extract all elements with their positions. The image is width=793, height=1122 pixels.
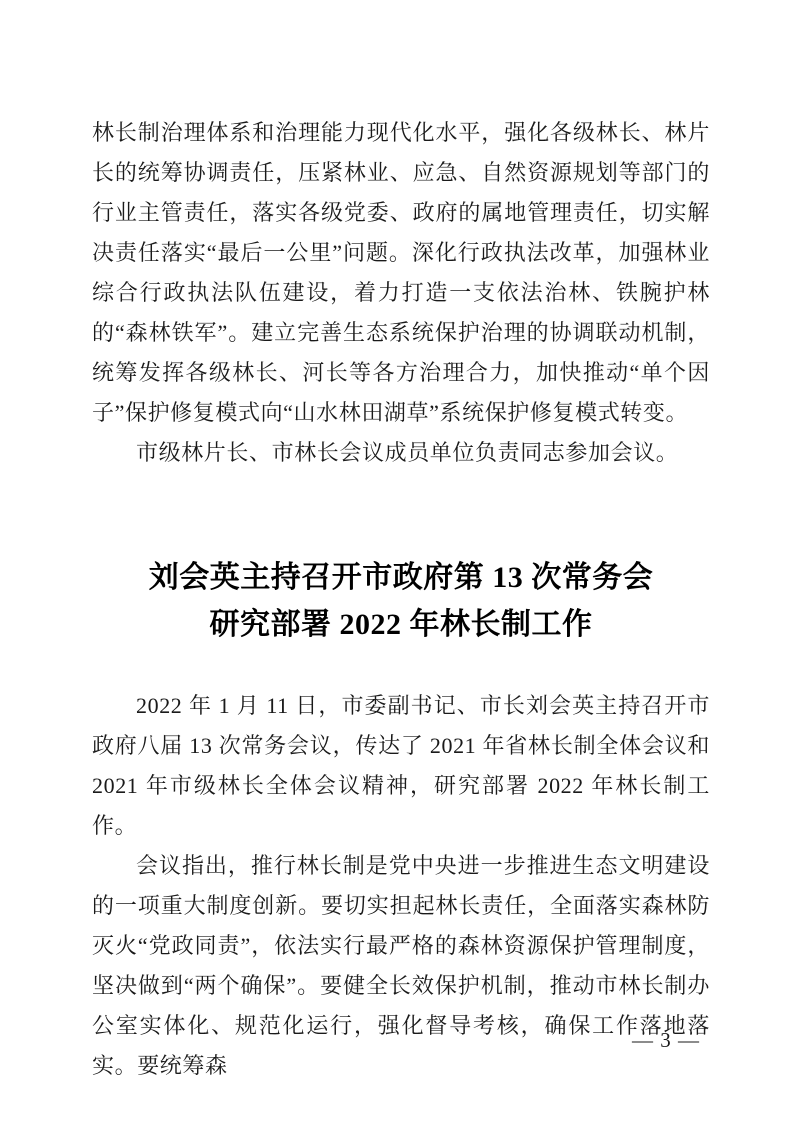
document-content: 林长制治理体系和治理能力现代化水平，强化各级林长、林片长的统筹协调责任，压紧林业… xyxy=(92,113,710,1086)
article-title-line-2: 研究部署 2022 年林长制工作 xyxy=(92,601,710,648)
page-number: — 3 — xyxy=(632,1021,700,1059)
continuation-paragraph: 林长制治理体系和治理能力现代化水平，强化各级林长、林片长的统筹协调责任，压紧林业… xyxy=(92,113,710,433)
article-title-line-1: 刘会英主持召开市政府第 13 次常务会 xyxy=(92,554,710,601)
document-page: 林长制治理体系和治理能力现代化水平，强化各级林长、林片长的统筹协调责任，压紧林业… xyxy=(0,0,793,1122)
article-title: 刘会英主持召开市政府第 13 次常务会 研究部署 2022 年林长制工作 xyxy=(92,554,710,648)
article-paragraph-1: 2022 年 1 月 11 日，市委副书记、市长刘会英主持召开市政府八届 13 … xyxy=(92,686,710,846)
attendance-paragraph: 市级林片长、市林长会议成员单位负责同志参加会议。 xyxy=(92,433,710,473)
article-paragraph-2: 会议指出，推行林长制是党中央进一步推进生态文明建设的一项重大制度创新。要切实担起… xyxy=(92,846,710,1086)
